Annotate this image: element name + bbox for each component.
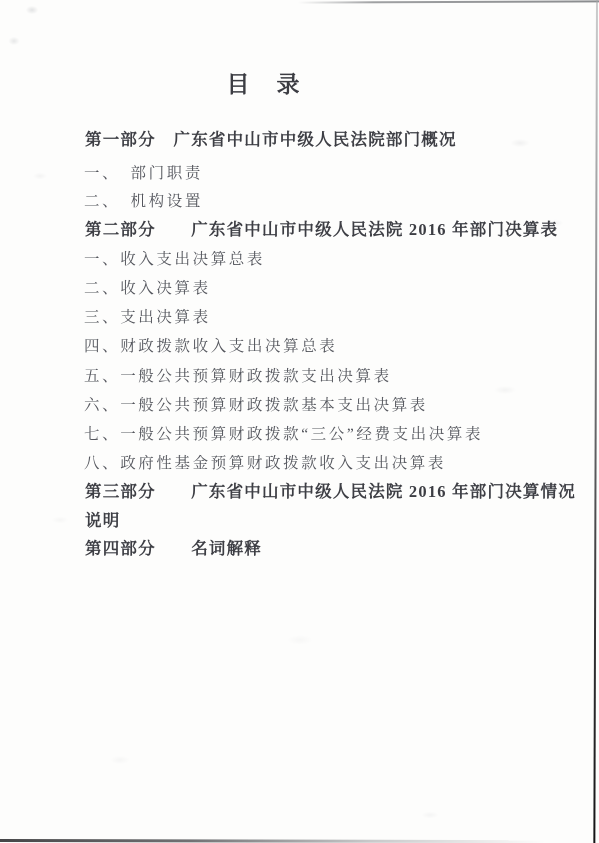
page-title: 目 录 — [85, 66, 443, 99]
toc-heading-part3-wrap: 说明 — [85, 510, 120, 532]
scan-edge-bottom-line — [0, 839, 545, 843]
toc-item-income-table: 二、收入决算表 — [84, 278, 211, 300]
toc-item-fiscal-appropriation-summary: 四、财政拨款收入支出决算总表 — [84, 336, 337, 358]
toc-item-organization-setup: 二、 机构设置 — [84, 191, 203, 213]
toc-heading-part4: 第四部分 名词解释 — [85, 538, 262, 560]
toc-item-public-budget-basic-expense: 六、一般公共预算财政拨款基本支出决算表 — [84, 395, 428, 417]
toc-item-three-public-funds-table: 七、一般公共预算财政拨款“三公”经费支出决算表 — [84, 424, 483, 446]
toc-heading-part1: 第一部分 广东省中山市中级人民法院部门概况 — [85, 129, 457, 151]
scanned-document-page: 目 录 第一部分 广东省中山市中级人民法院部门概况 一、 部门职责 二、 机构设… — [0, 0, 599, 843]
toc-item-expense-table: 三、支出决算表 — [84, 307, 211, 329]
toc-item-public-budget-expense-table: 五、一般公共预算财政拨款支出决算表 — [84, 366, 392, 388]
toc-item-department-duties: 一、 部门职责 — [84, 163, 203, 185]
toc-heading-part2: 第二部分 广东省中山市中级人民法院 2016 年部门决算表 — [85, 219, 558, 241]
toc-item-income-expense-summary-table: 一、收入支出决算总表 — [84, 249, 265, 271]
toc-heading-part3: 第三部分 广东省中山市中级人民法院 2016 年部门决算情况 — [85, 481, 576, 503]
toc-item-government-fund-budget-table: 八、政府性基金预算财政拨款收入支出决算表 — [84, 453, 446, 475]
scan-edge-right-line — [593, 0, 598, 843]
scan-edge-top-line — [298, 0, 599, 3]
